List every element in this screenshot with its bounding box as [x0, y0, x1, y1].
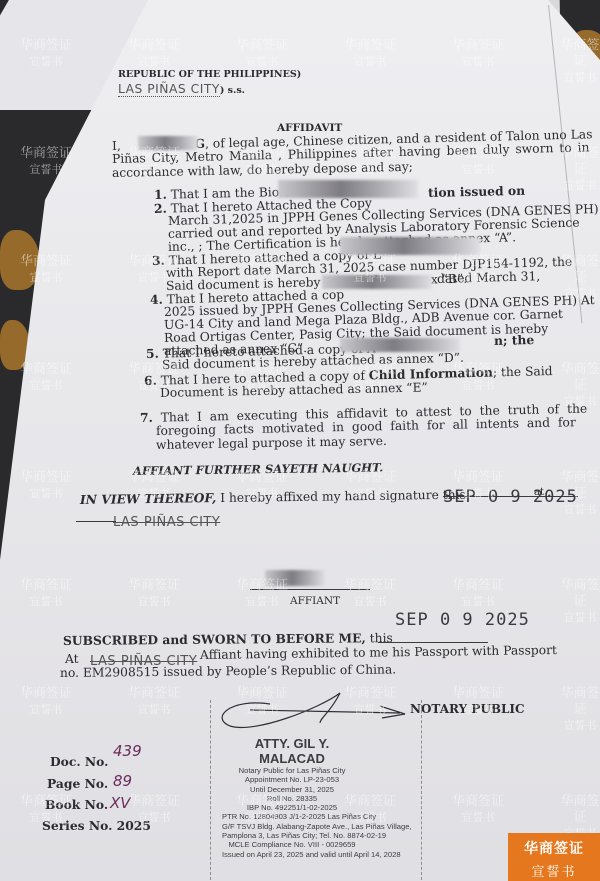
item-number: 7. — [140, 410, 153, 425]
series-no: Series No. 2025 — [42, 818, 151, 833]
at-label: At — [65, 652, 79, 667]
affiant-label: AFFIANT — [290, 594, 340, 609]
badge-line-1: 华商签证 — [508, 838, 600, 858]
sworn-date-line — [378, 642, 488, 643]
notary-detail: PTR No. 12804903 J/1-2-2025 Las Piñas Ci… — [222, 812, 362, 821]
item-text: ; the Said — [493, 364, 553, 379]
in-view-text: I hereby affixed my hand signature this — [216, 488, 466, 505]
date-stamp-sworn: SEP 0 9 2025 — [395, 610, 530, 630]
notary-detail: MCLE Compliance No. VIII - 0029659 — [222, 840, 362, 849]
item-4-tail: dated March 31, — [437, 269, 541, 287]
notary-detail: Appointment No. LP-23-053 — [222, 775, 362, 784]
notary-stamp: ATTY. GIL Y. MALACAD Notary Public for L… — [222, 736, 362, 859]
item-5-tail: n; the — [494, 332, 535, 349]
redaction — [265, 570, 325, 586]
notary-detail: Roll No. 28335 — [222, 794, 362, 803]
item-number: 5. — [146, 346, 159, 361]
venue-stamp: LAS PIÑAS CITY — [118, 82, 220, 97]
in-view-bold: IN VIEW THEREOF, — [80, 490, 216, 507]
doc-no-label: Doc. No. — [50, 754, 108, 769]
notary-name: ATTY. GIL Y. MALACAD — [222, 736, 362, 766]
place-stamp-signature: LAS PIÑAS CITY — [113, 515, 220, 530]
header-venue: LAS PIÑAS CITY) s.s. — [118, 82, 245, 98]
notary-detail: Issued on April 23, 2025 and valid until… — [222, 850, 362, 859]
notary-detail: Pamplona 3, Las Piñas City; Tel. No. 887… — [222, 831, 362, 840]
badge-line-2: 宣誓书 — [508, 861, 600, 880]
item-number: 6. — [144, 373, 157, 388]
item-1-tail: tion issued on — [428, 183, 525, 201]
book-no-label: Book No. — [45, 797, 108, 812]
book-no-value: XV — [110, 794, 131, 812]
item-number: 3. — [152, 253, 165, 268]
background-pattern — [0, 230, 40, 290]
item-number: 4. — [150, 292, 163, 307]
item-number: 2. — [154, 201, 167, 216]
date-stamp-signature: SEP 0 9 2025 — [443, 487, 578, 507]
redaction — [138, 136, 198, 150]
header-republic: REPUBLIC OF THE PHILIPPINES) — [118, 67, 301, 82]
affiant-signature-line — [250, 589, 370, 590]
notary-detail: IBP No. 492251/1-02-2025 — [222, 803, 362, 812]
header-ss: ) s.s. — [220, 85, 245, 96]
notary-detail: Notary Public for Las Piñas City — [222, 766, 362, 775]
notary-detail: G/F TSVJ Bldg. Alabang-Zapote Ave., Las … — [222, 822, 362, 831]
item-text: n; the — [494, 332, 535, 348]
notary-detail: Until December 31, 2025 — [222, 785, 362, 794]
redaction — [322, 275, 432, 289]
item-text-bold: Child Information — [369, 364, 493, 382]
subscribed-text: this — [366, 631, 393, 645]
brand-badge: 华商签证 宣誓书 — [508, 833, 600, 881]
doc-no-value: 439 — [113, 742, 142, 760]
page-no-value: 89 — [113, 772, 132, 790]
redaction — [340, 338, 460, 352]
item-text: tion issued on — [428, 183, 525, 200]
redaction — [340, 237, 480, 255]
page-no-label: Page No. — [47, 776, 108, 791]
notary-public-label: NOTARY PUBLIC — [410, 702, 525, 717]
blank-line — [76, 521, 116, 522]
in-view-at: at — [534, 485, 544, 500]
